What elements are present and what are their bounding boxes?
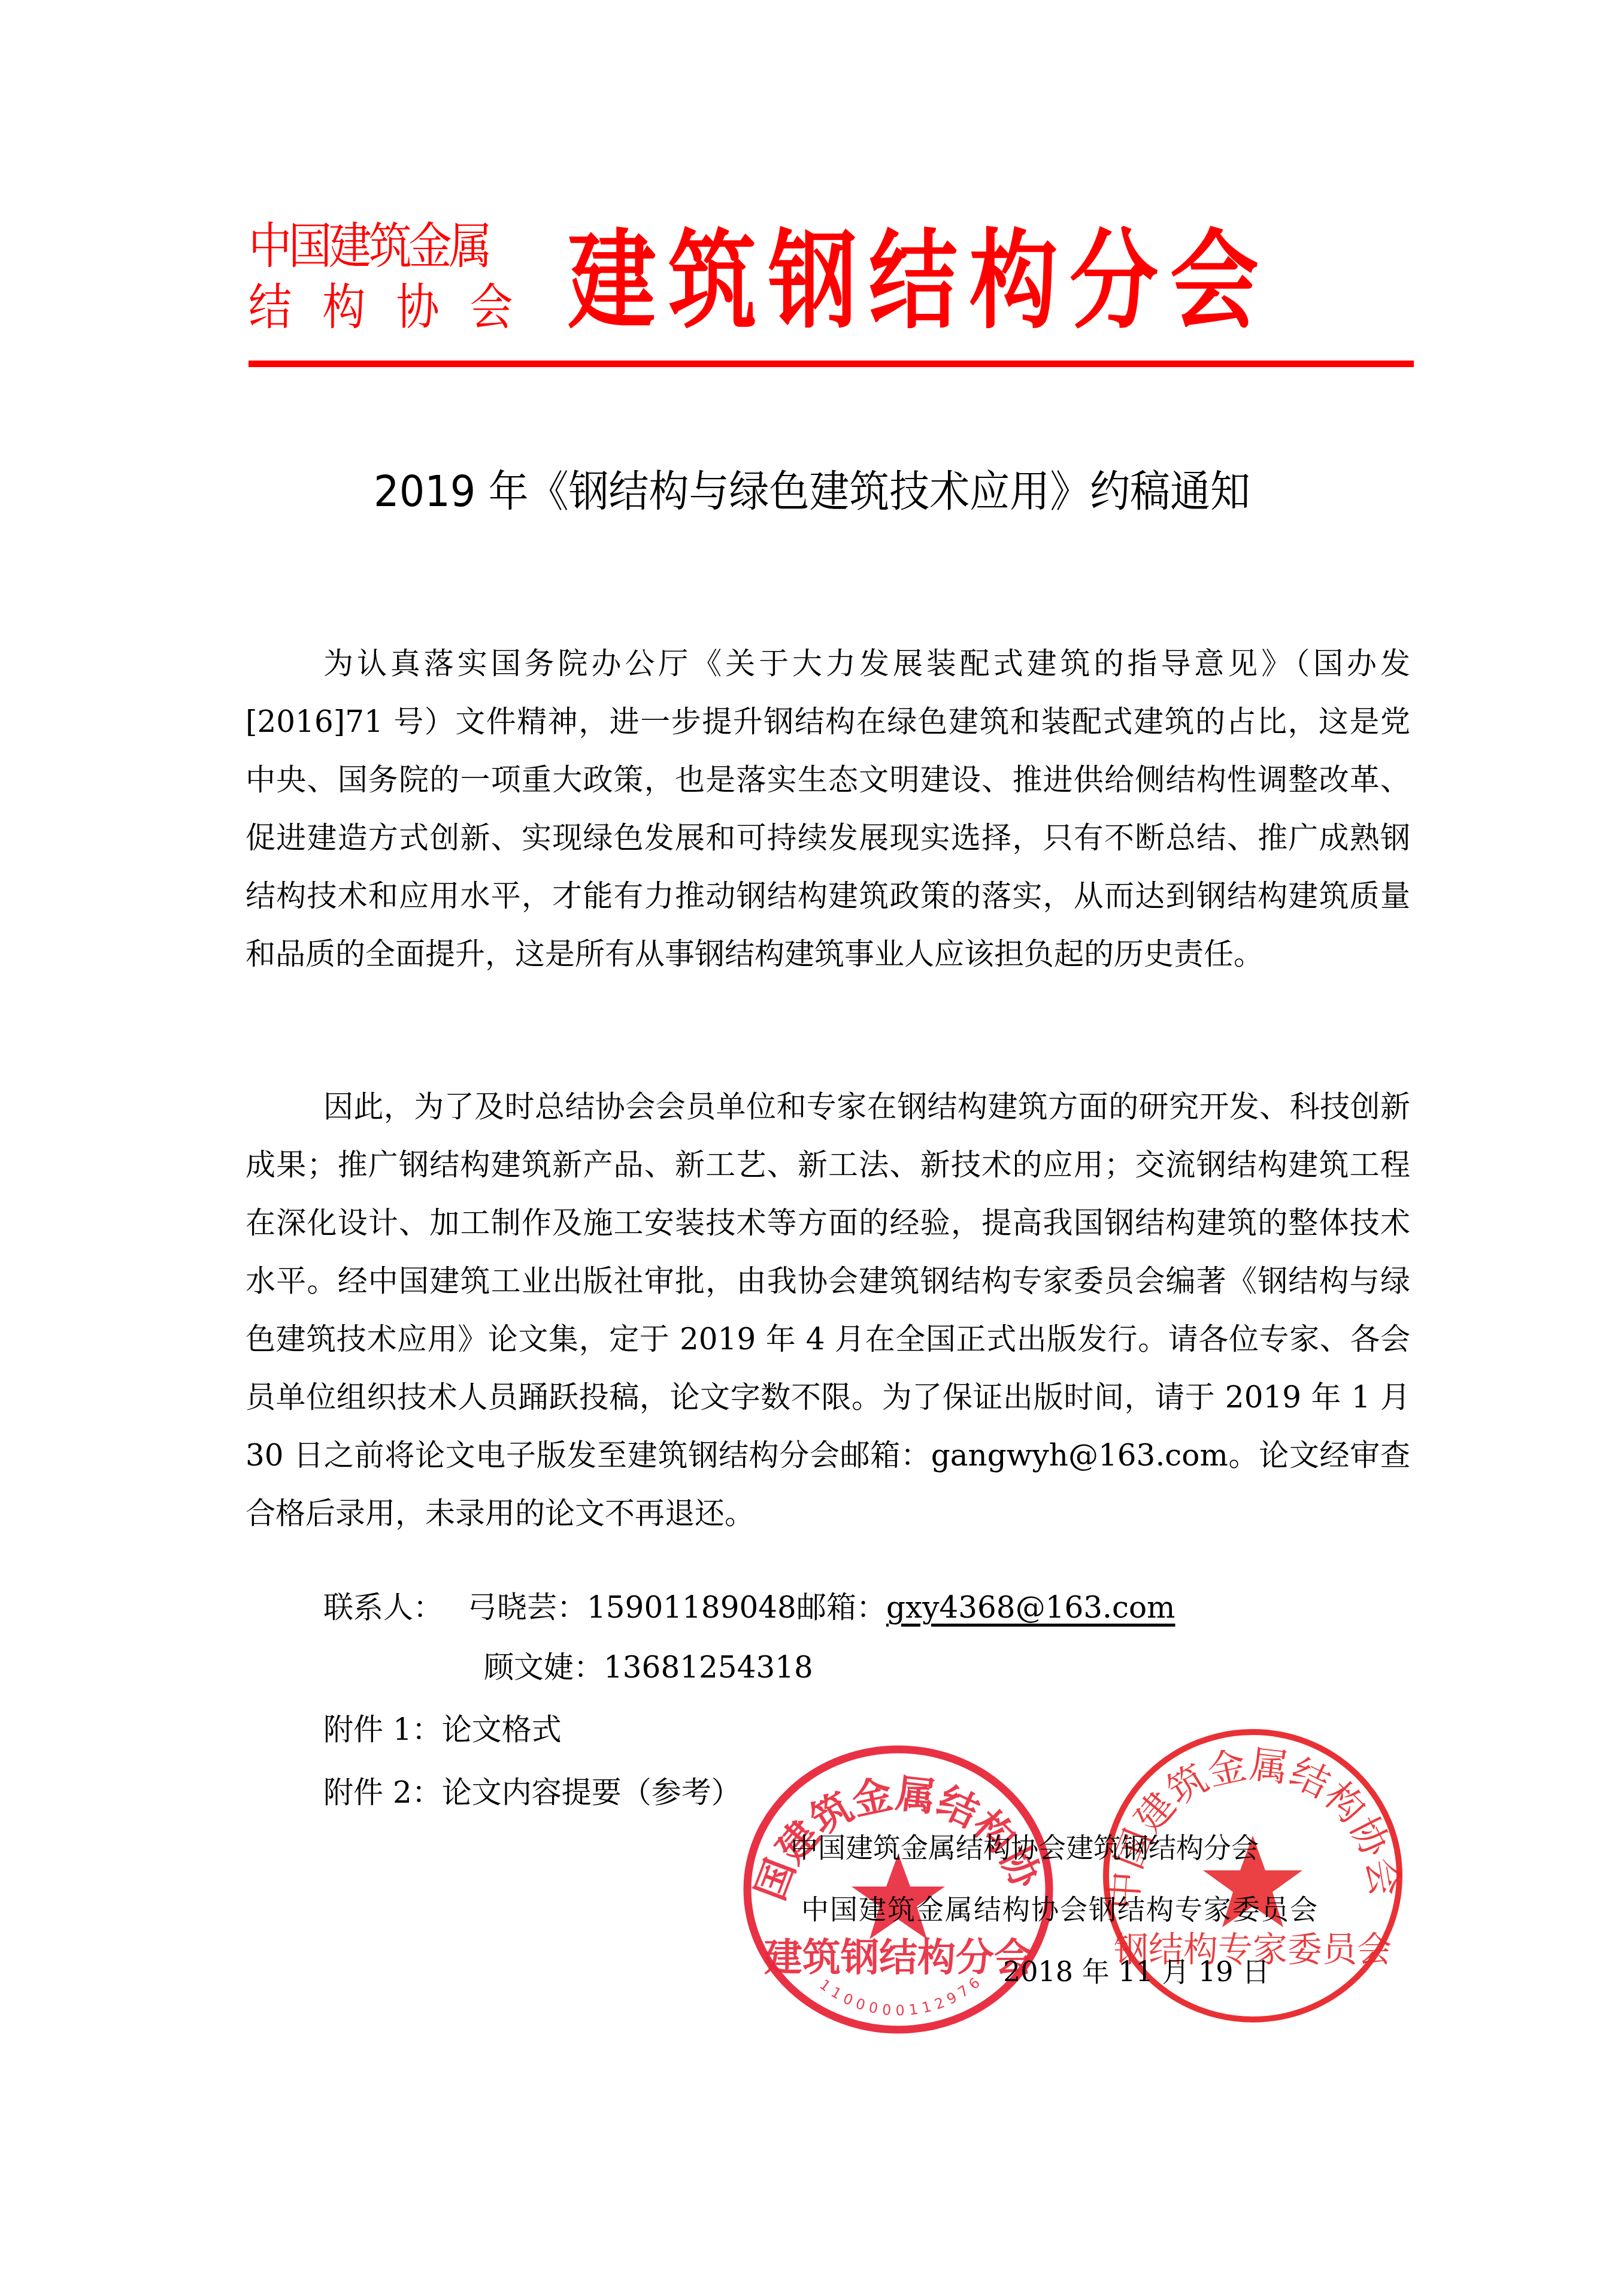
body-paragraph-2: 因此，为了及时总结协会会员单位和专家在钢结构建筑方面的研究开发、科技创新成果；推…: [246, 1078, 1410, 1543]
signature-org-2: 中国建筑金属结构协会钢结构专家委员会: [801, 1891, 1319, 1927]
paragraph-text: 为认真落实国务院办公厅《关于大力发展装配式建筑的指导意见》（国办发[2016]7…: [246, 635, 1410, 983]
signature-org-1: 中国建筑金属结构协会建筑钢结构分会: [790, 1830, 1259, 1866]
contact-person-1: 弓晓芸：15901189048: [467, 1590, 796, 1625]
signature-date: 2018 年 11 月 19 日: [1003, 1954, 1269, 1990]
letterhead-org-small-line2: 结构协会: [249, 279, 544, 337]
letterhead-org-small-line1: 中国建筑金属: [249, 218, 489, 275]
contact-email-link[interactable]: gxy4368@163.com: [886, 1590, 1175, 1625]
contact-person-2: 顾文婕：13681254318: [484, 1639, 813, 1697]
attachment-2: 附件 2：论文内容提要（参考）: [323, 1764, 741, 1822]
letterhead-divider: [249, 361, 1414, 367]
paragraph-text: 因此，为了及时总结协会会员单位和专家在钢结构建筑方面的研究开发、科技创新成果；推…: [246, 1078, 1410, 1543]
contact-email-label: 邮箱：: [796, 1590, 886, 1625]
document-title: 2019 年《钢结构与绿色建筑技术应用》约稿通知: [57, 464, 1567, 518]
attachment-1: 附件 1：论文格式: [323, 1701, 562, 1759]
contact-label: 联系人：: [323, 1590, 443, 1625]
letterhead-org-large: 建筑钢结构分会: [568, 222, 1271, 341]
official-seal-branch: 中国建筑金属结构协会 建筑钢结构分会 1100000112976: [737, 1740, 1060, 2039]
contact-line-1: 联系人：弓晓芸：15901189048邮箱：gxy4368@163.com: [323, 1579, 1175, 1637]
seal-bottom-text: 建筑钢结构分会: [764, 1936, 1032, 1980]
body-paragraph-1: 为认真落实国务院办公厅《关于大力发展装配式建筑的指导意见》（国办发[2016]7…: [246, 635, 1410, 983]
